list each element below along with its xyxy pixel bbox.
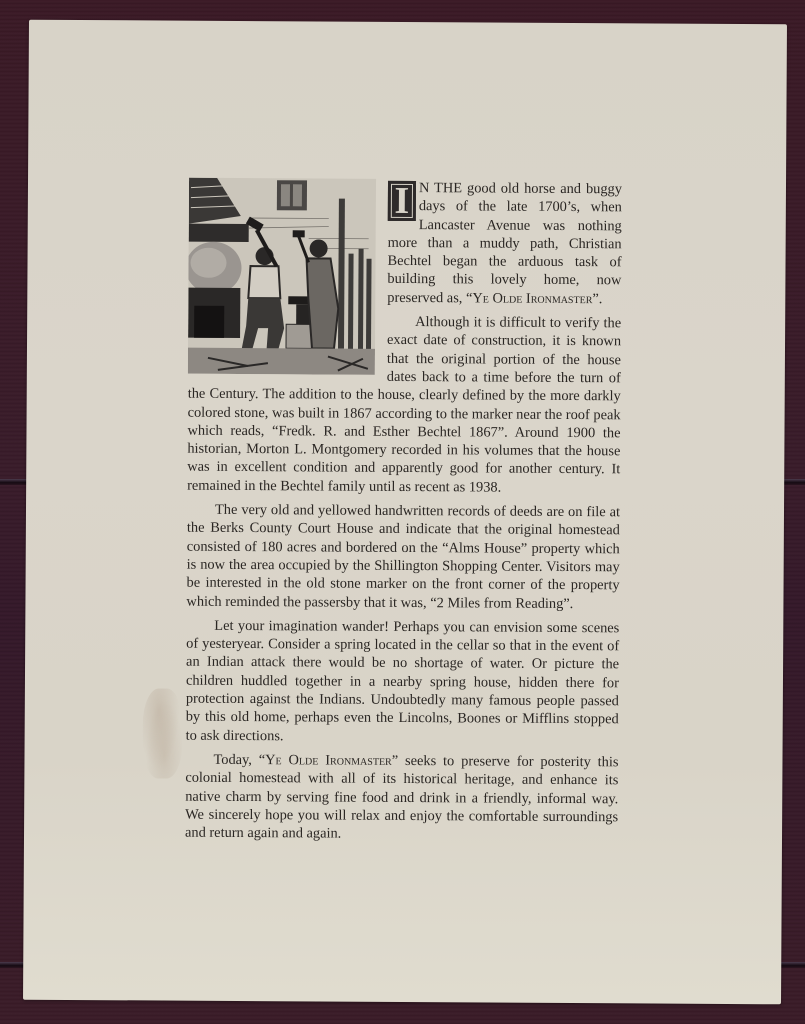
history-text: I N THE good old horse and buggy days of… <box>185 178 622 851</box>
restaurant-name: Ye Olde Ironmaster <box>265 752 392 769</box>
paragraph-5: Today, “Ye Olde Ironmaster” seeks to pre… <box>185 751 619 845</box>
printed-page: I N THE good old horse and buggy days of… <box>23 20 787 1005</box>
water-stain <box>142 688 183 778</box>
blacksmiths-woodcut-illustration <box>188 178 376 375</box>
restaurant-name: Ye Olde Ironmaster <box>472 290 592 307</box>
drop-cap: I <box>388 181 416 221</box>
paragraph-4: Let your imagination wander! Perhaps you… <box>186 616 620 747</box>
paragraph-3: The very old and yellowed handwritten re… <box>186 501 620 613</box>
lead-in: N THE <box>419 180 462 196</box>
